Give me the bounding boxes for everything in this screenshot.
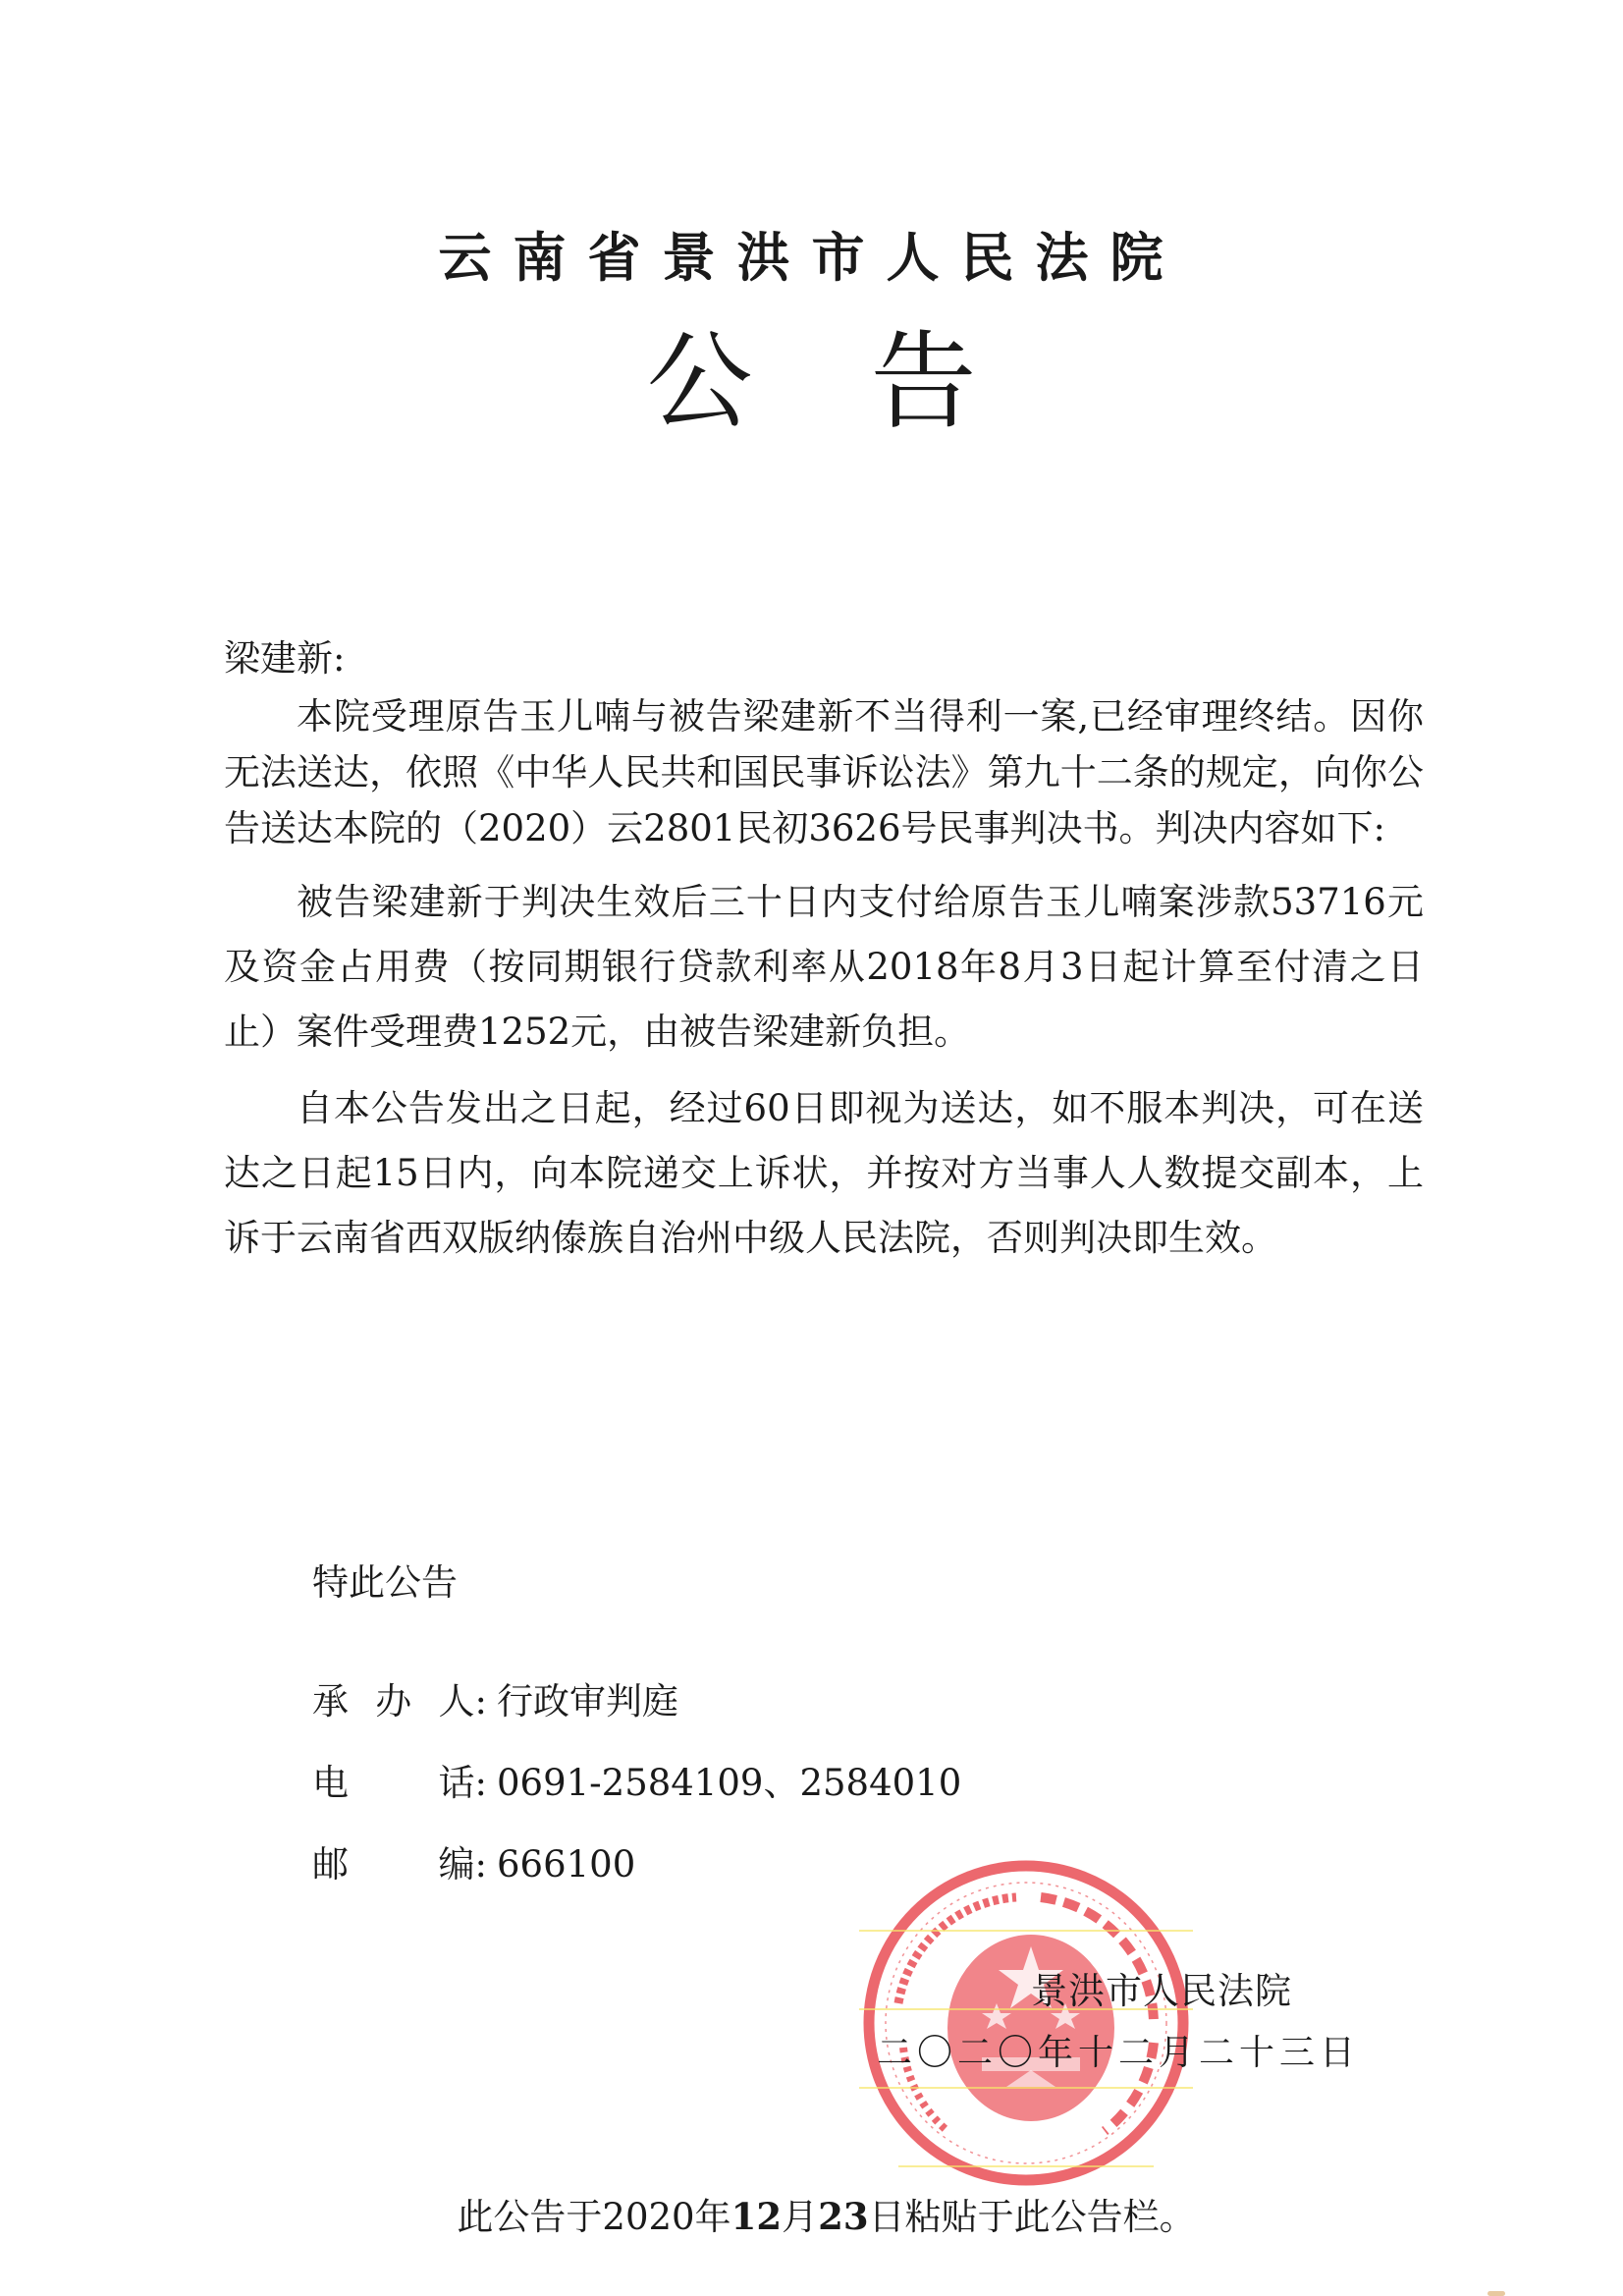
court-seal-stamp-icon	[859, 1856, 1193, 2190]
notice-body: 梁建新: 本院受理原告玉儿喃与被告梁建新不当得利一案,已经审理终结。因你无法送达…	[224, 630, 1424, 1271]
contact-phone: 电 话: 0691-2584109、2584010	[312, 1759, 961, 1840]
posting-note: 此公告于2020年12月23日粘贴于此公告栏。	[0, 2192, 1623, 2242]
paragraph-appeal-notice: 自本公告发出之日起，经过60日即视为送达，如不服本判决，可在送达之日起15日内，…	[224, 1076, 1424, 1271]
addressee: 梁建新:	[224, 630, 1424, 686]
paragraph-judgment: 被告梁建新于判决生效后三十日内支付给原告玉儿喃案涉款53716元及资金占用费（按…	[224, 870, 1424, 1065]
posting-month-handwritten: 12	[731, 2195, 783, 2238]
contact-value: 0691-2584109、2584010	[487, 1759, 961, 1840]
contact-label: 邮 编:	[312, 1840, 487, 1922]
contact-value: 行政审判庭	[487, 1677, 678, 1759]
scan-artifact	[1488, 2291, 1505, 2296]
contact-label: 电 话:	[312, 1759, 487, 1840]
signature-date: 二〇二〇年十二月二十三日	[877, 2029, 1360, 2078]
paragraph-case-intro: 本院受理原告玉儿喃与被告梁建新不当得利一案,已经审理终结。因你无法送达，依照《中…	[224, 688, 1424, 856]
contact-label: 承 办 人:	[312, 1677, 487, 1759]
signature-court-name: 景洪市人民法院	[1031, 1967, 1292, 2016]
closing-statement: 特此公告	[312, 1558, 458, 1608]
posting-day-handwritten: 23	[818, 2195, 869, 2238]
contact-value: 666100	[487, 1840, 635, 1922]
contact-handler: 承 办 人: 行政审判庭	[312, 1677, 961, 1759]
court-name-heading: 云南省景洪市人民法院	[0, 224, 1623, 293]
notice-page: 云南省景洪市人民法院 公告 梁建新: 本院受理原告玉儿喃与被告梁建新不当得利一案…	[0, 0, 1623, 2296]
document-title: 公告	[0, 319, 1623, 447]
